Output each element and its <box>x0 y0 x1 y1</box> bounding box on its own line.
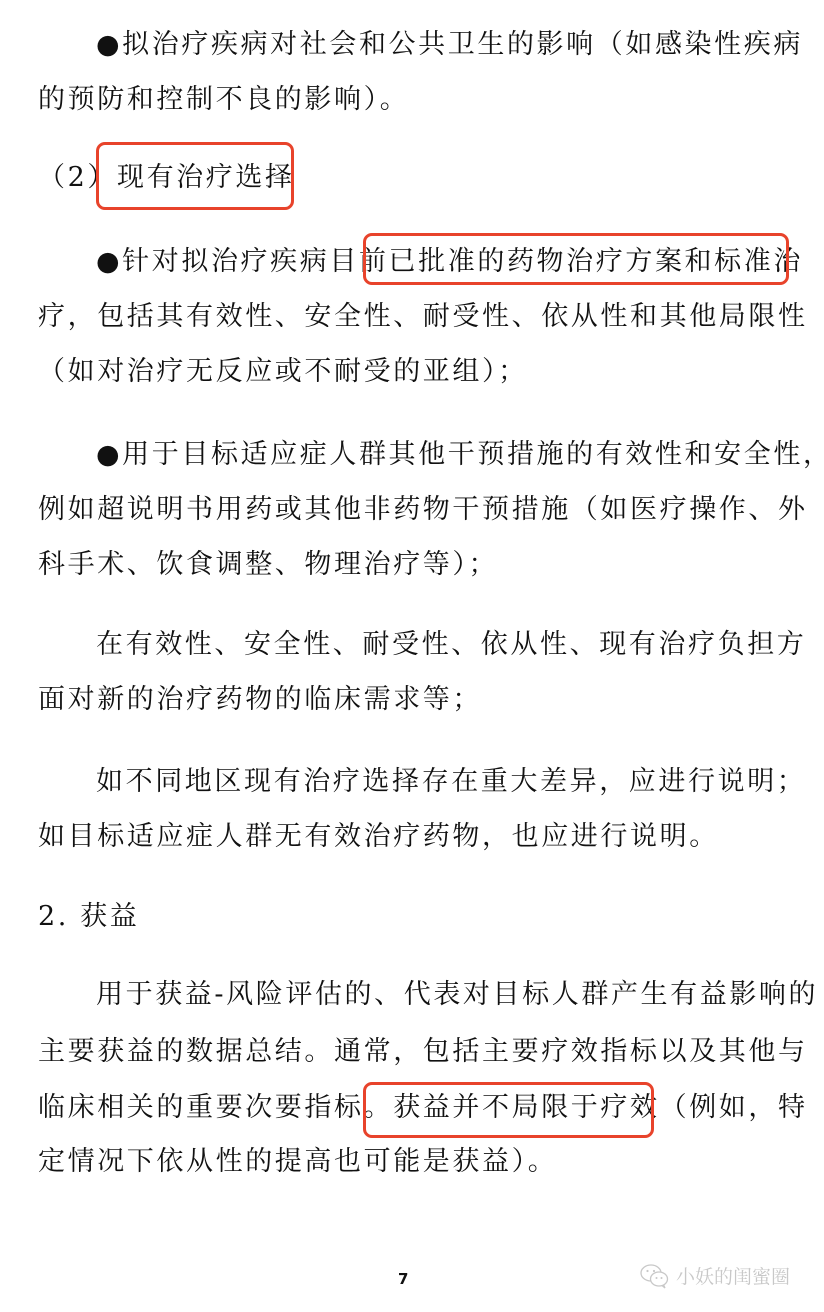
watermark: 小妖的闺蜜圈 <box>640 1262 790 1289</box>
highlight-box-current-treatment <box>96 142 294 210</box>
highlight-box-approved-therapy <box>363 233 789 285</box>
text-line: 主要获益的数据总结。通常，包括主要疗效指标以及其他与 <box>38 1035 808 1069</box>
text-line: 面对新的治疗药物的临床需求等； <box>38 683 482 717</box>
highlight-box-benefit-not-limited <box>363 1082 654 1138</box>
text-line: 的预防和控制不良的影响）。 <box>38 83 409 117</box>
text-line: 例如超说明书用药或其他非药物干预措施（如医疗操作、外 <box>38 493 808 527</box>
text-line: 定情况下依从性的提高也可能是获益）。 <box>38 1145 557 1179</box>
text-line: 如不同地区现有治疗选择存在重大差异，应进行说明； <box>96 765 806 799</box>
text-line: 如目标适应症人群无有效治疗药物，也应进行说明。 <box>38 820 719 854</box>
text-line: ●拟治疗疾病对社会和公共卫生的影响（如感染性疾病 <box>96 28 803 62</box>
section-heading: 2. 获益 <box>38 900 139 934</box>
watermark-text: 小妖的闺蜜圈 <box>676 1262 790 1289</box>
text-line: ●用于目标适应症人群其他干预措施的有效性和安全性， <box>96 438 824 472</box>
text-line: 在有效性、安全性、耐受性、依从性、现有治疗负担方 <box>96 628 806 662</box>
text-line: 疗，包括其有效性、安全性、耐受性、依从性和其他局限性 <box>38 300 808 334</box>
page-number: 7 <box>398 1270 408 1288</box>
text-line: （如对治疗无反应或不耐受的亚组）； <box>38 355 528 389</box>
text-line: 科手术、饮食调整、物理治疗等）； <box>38 548 498 582</box>
wechat-icon <box>640 1263 670 1289</box>
text-line: 用于获益-风险评估的、代表对目标人群产生有益影响的 <box>96 978 818 1012</box>
